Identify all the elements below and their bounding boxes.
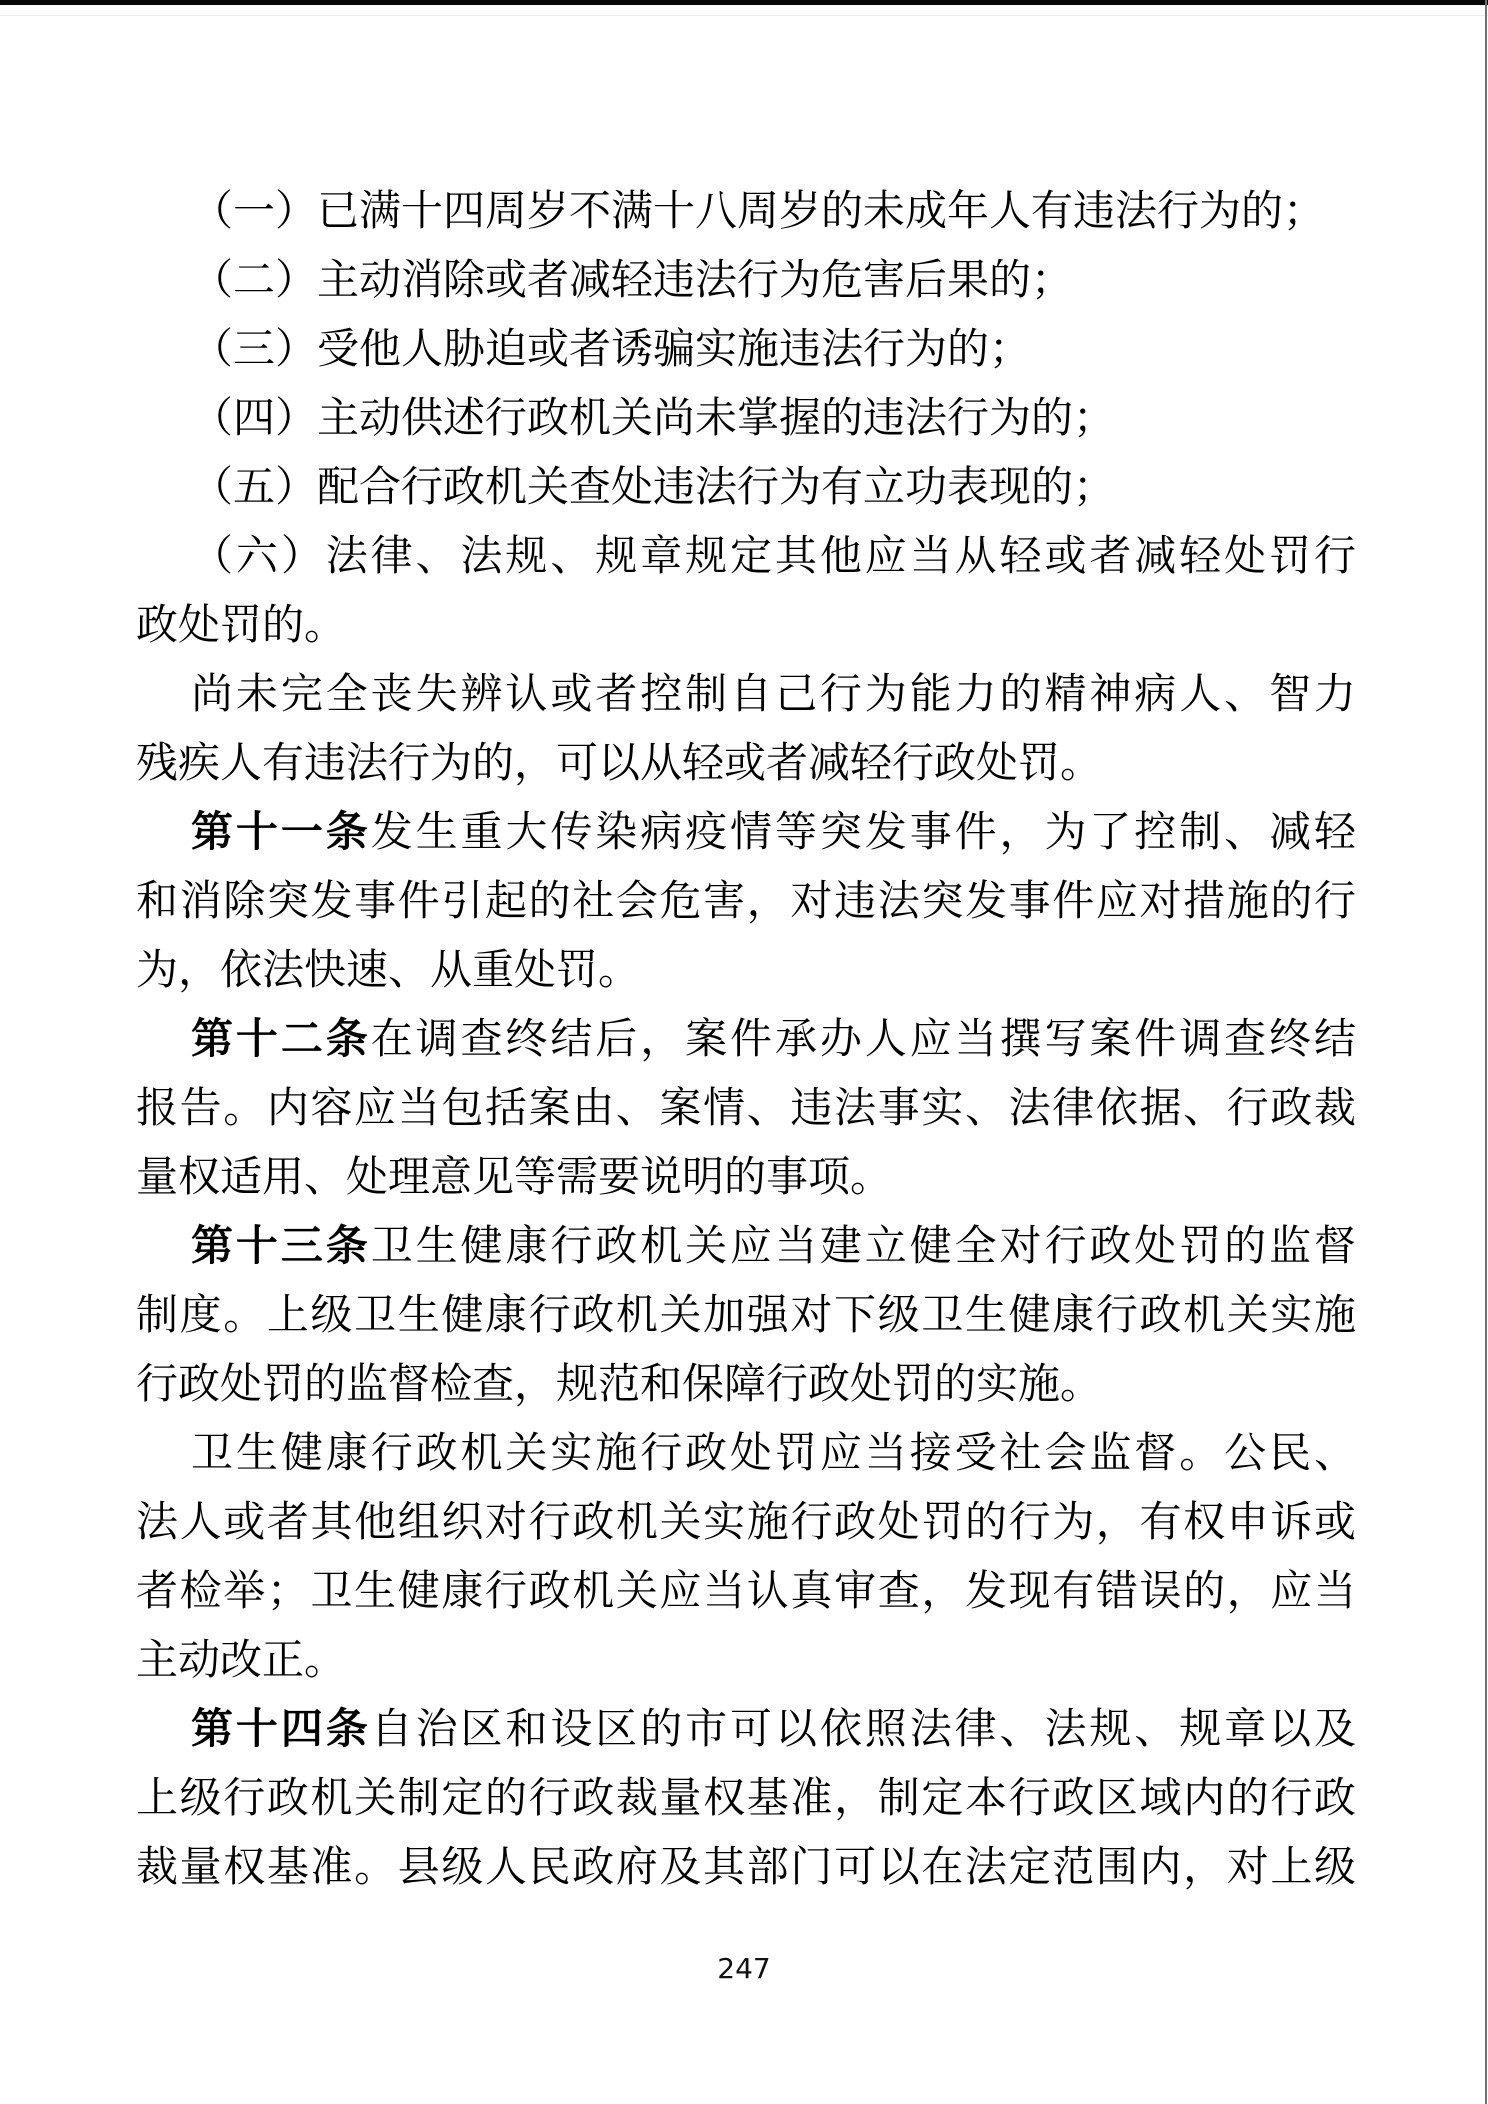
document-line: 行政处罚的监督检查，规范和保障行政处罚的实施。 <box>136 1351 1356 1420</box>
document-line: （六）法律、法规、规章规定其他应当从轻或者减轻处罚行 <box>136 523 1356 592</box>
document-line: 第十三条卫生健康行政机关应当建立健全对行政处罚的监督 <box>136 1213 1356 1282</box>
line-text: 量权适用、处理意见等需要说明的事项。 <box>136 1155 892 1201</box>
line-text: （二）主动消除或者减轻违法行为危害后果的； <box>191 258 1073 304</box>
line-text: 者检举；卫生健康行政机关应当认真审查，发现有错误的，应当 <box>136 1569 1356 1615</box>
article-label: 第十三条 <box>191 1224 371 1270</box>
document-line: 量权适用、处理意见等需要说明的事项。 <box>136 1144 1356 1213</box>
document-line: 第十四条自治区和设区的市可以依照法律、法规、规章以及 <box>136 1696 1356 1765</box>
line-text: 法人或者其他组织对行政机关实施行政处罚的行为，有权申诉或 <box>136 1500 1356 1546</box>
line-text: 残疾人有违法行为的，可以从轻或者减轻行政处罚。 <box>136 741 1102 787</box>
top-hairline <box>0 15 1488 16</box>
line-text: 裁量权基准。县级人民政府及其部门可以在法定范围内，对上级 <box>136 1845 1356 1891</box>
document-line: 法人或者其他组织对行政机关实施行政处罚的行为，有权申诉或 <box>136 1489 1356 1558</box>
line-text: 为，依法快速、从重处罚。 <box>136 948 640 994</box>
document-line: 尚未完全丧失辨认或者控制自己行为能力的精神病人、智力 <box>136 661 1356 730</box>
document-line: 上级行政机关制定的行政裁量权基准，制定本行政区域内的行政 <box>136 1765 1356 1834</box>
page-number: 247 <box>0 1952 1488 1985</box>
top-border <box>0 0 1488 5</box>
document-line: 者检举；卫生健康行政机关应当认真审查，发现有错误的，应当 <box>136 1558 1356 1627</box>
document-line: （五）配合行政机关查处违法行为有立功表现的； <box>136 454 1356 523</box>
document-line: （三）受他人胁迫或者诱骗实施违法行为的； <box>136 316 1356 385</box>
line-text: 发生重大传染病疫情等突发事件，为了控制、减轻 <box>371 810 1356 856</box>
document-line: 政处罚的。 <box>136 592 1356 661</box>
document-line: 第十二条在调查终结后，案件承办人应当撰写案件调查终结 <box>136 1006 1356 1075</box>
line-text: 自治区和设区的市可以依照法律、法规、规章以及 <box>371 1707 1356 1753</box>
line-text: 上级行政机关制定的行政裁量权基准，制定本行政区域内的行政 <box>136 1776 1356 1822</box>
line-text: 政处罚的。 <box>136 603 346 649</box>
line-text: 尚未完全丧失辨认或者控制自己行为能力的精神病人、智力 <box>191 672 1356 718</box>
line-text: 制度。上级卫生健康行政机关加强对下级卫生健康行政机关实施 <box>136 1293 1356 1339</box>
document-page: （一）已满十四周岁不满十八周岁的未成年人有违法行为的； （二）主动消除或者减轻违… <box>0 0 1488 2104</box>
line-text: （五）配合行政机关查处违法行为有立功表现的； <box>191 465 1115 511</box>
article-label: 第十四条 <box>191 1707 371 1753</box>
line-text: 卫生健康行政机关实施行政处罚应当接受社会监督。公民、 <box>191 1431 1356 1477</box>
line-text: （四）主动供述行政机关尚未掌握的违法行为的； <box>191 396 1115 442</box>
document-line: （四）主动供述行政机关尚未掌握的违法行为的； <box>136 385 1356 454</box>
line-text: （一）已满十四周岁不满十八周岁的未成年人有违法行为的； <box>191 189 1325 235</box>
document-line: 裁量权基准。县级人民政府及其部门可以在法定范围内，对上级 <box>136 1834 1356 1903</box>
document-line: 报告。内容应当包括案由、案情、违法事实、法律依据、行政裁 <box>136 1075 1356 1144</box>
document-line: 第十一条发生重大传染病疫情等突发事件，为了控制、减轻 <box>136 799 1356 868</box>
line-text: （六）法律、法规、规章规定其他应当从轻或者减轻处罚行 <box>191 534 1356 580</box>
right-border <box>1485 0 1487 2104</box>
document-body: （一）已满十四周岁不满十八周岁的未成年人有违法行为的； （二）主动消除或者减轻违… <box>136 178 1356 1903</box>
document-line: 卫生健康行政机关实施行政处罚应当接受社会监督。公民、 <box>136 1420 1356 1489</box>
document-line: （二）主动消除或者减轻违法行为危害后果的； <box>136 247 1356 316</box>
article-label: 第十一条 <box>191 810 371 856</box>
document-line: （一）已满十四周岁不满十八周岁的未成年人有违法行为的； <box>136 178 1356 247</box>
document-line: 和消除突发事件引起的社会危害，对违法突发事件应对措施的行 <box>136 868 1356 937</box>
line-text: 和消除突发事件引起的社会危害，对违法突发事件应对措施的行 <box>136 879 1356 925</box>
article-label: 第十二条 <box>191 1017 371 1063</box>
line-text: 报告。内容应当包括案由、案情、违法事实、法律依据、行政裁 <box>136 1086 1356 1132</box>
line-text: 行政处罚的监督检查，规范和保障行政处罚的实施。 <box>136 1362 1102 1408</box>
document-line: 主动改正。 <box>136 1627 1356 1696</box>
line-text: 卫生健康行政机关应当建立健全对行政处罚的监督 <box>371 1224 1356 1270</box>
line-text: （三）受他人胁迫或者诱骗实施违法行为的； <box>191 327 1031 373</box>
document-line: 为，依法快速、从重处罚。 <box>136 937 1356 1006</box>
line-text: 主动改正。 <box>136 1638 346 1684</box>
document-line: 制度。上级卫生健康行政机关加强对下级卫生健康行政机关实施 <box>136 1282 1356 1351</box>
document-line: 残疾人有违法行为的，可以从轻或者减轻行政处罚。 <box>136 730 1356 799</box>
line-text: 在调查终结后，案件承办人应当撰写案件调查终结 <box>371 1017 1356 1063</box>
